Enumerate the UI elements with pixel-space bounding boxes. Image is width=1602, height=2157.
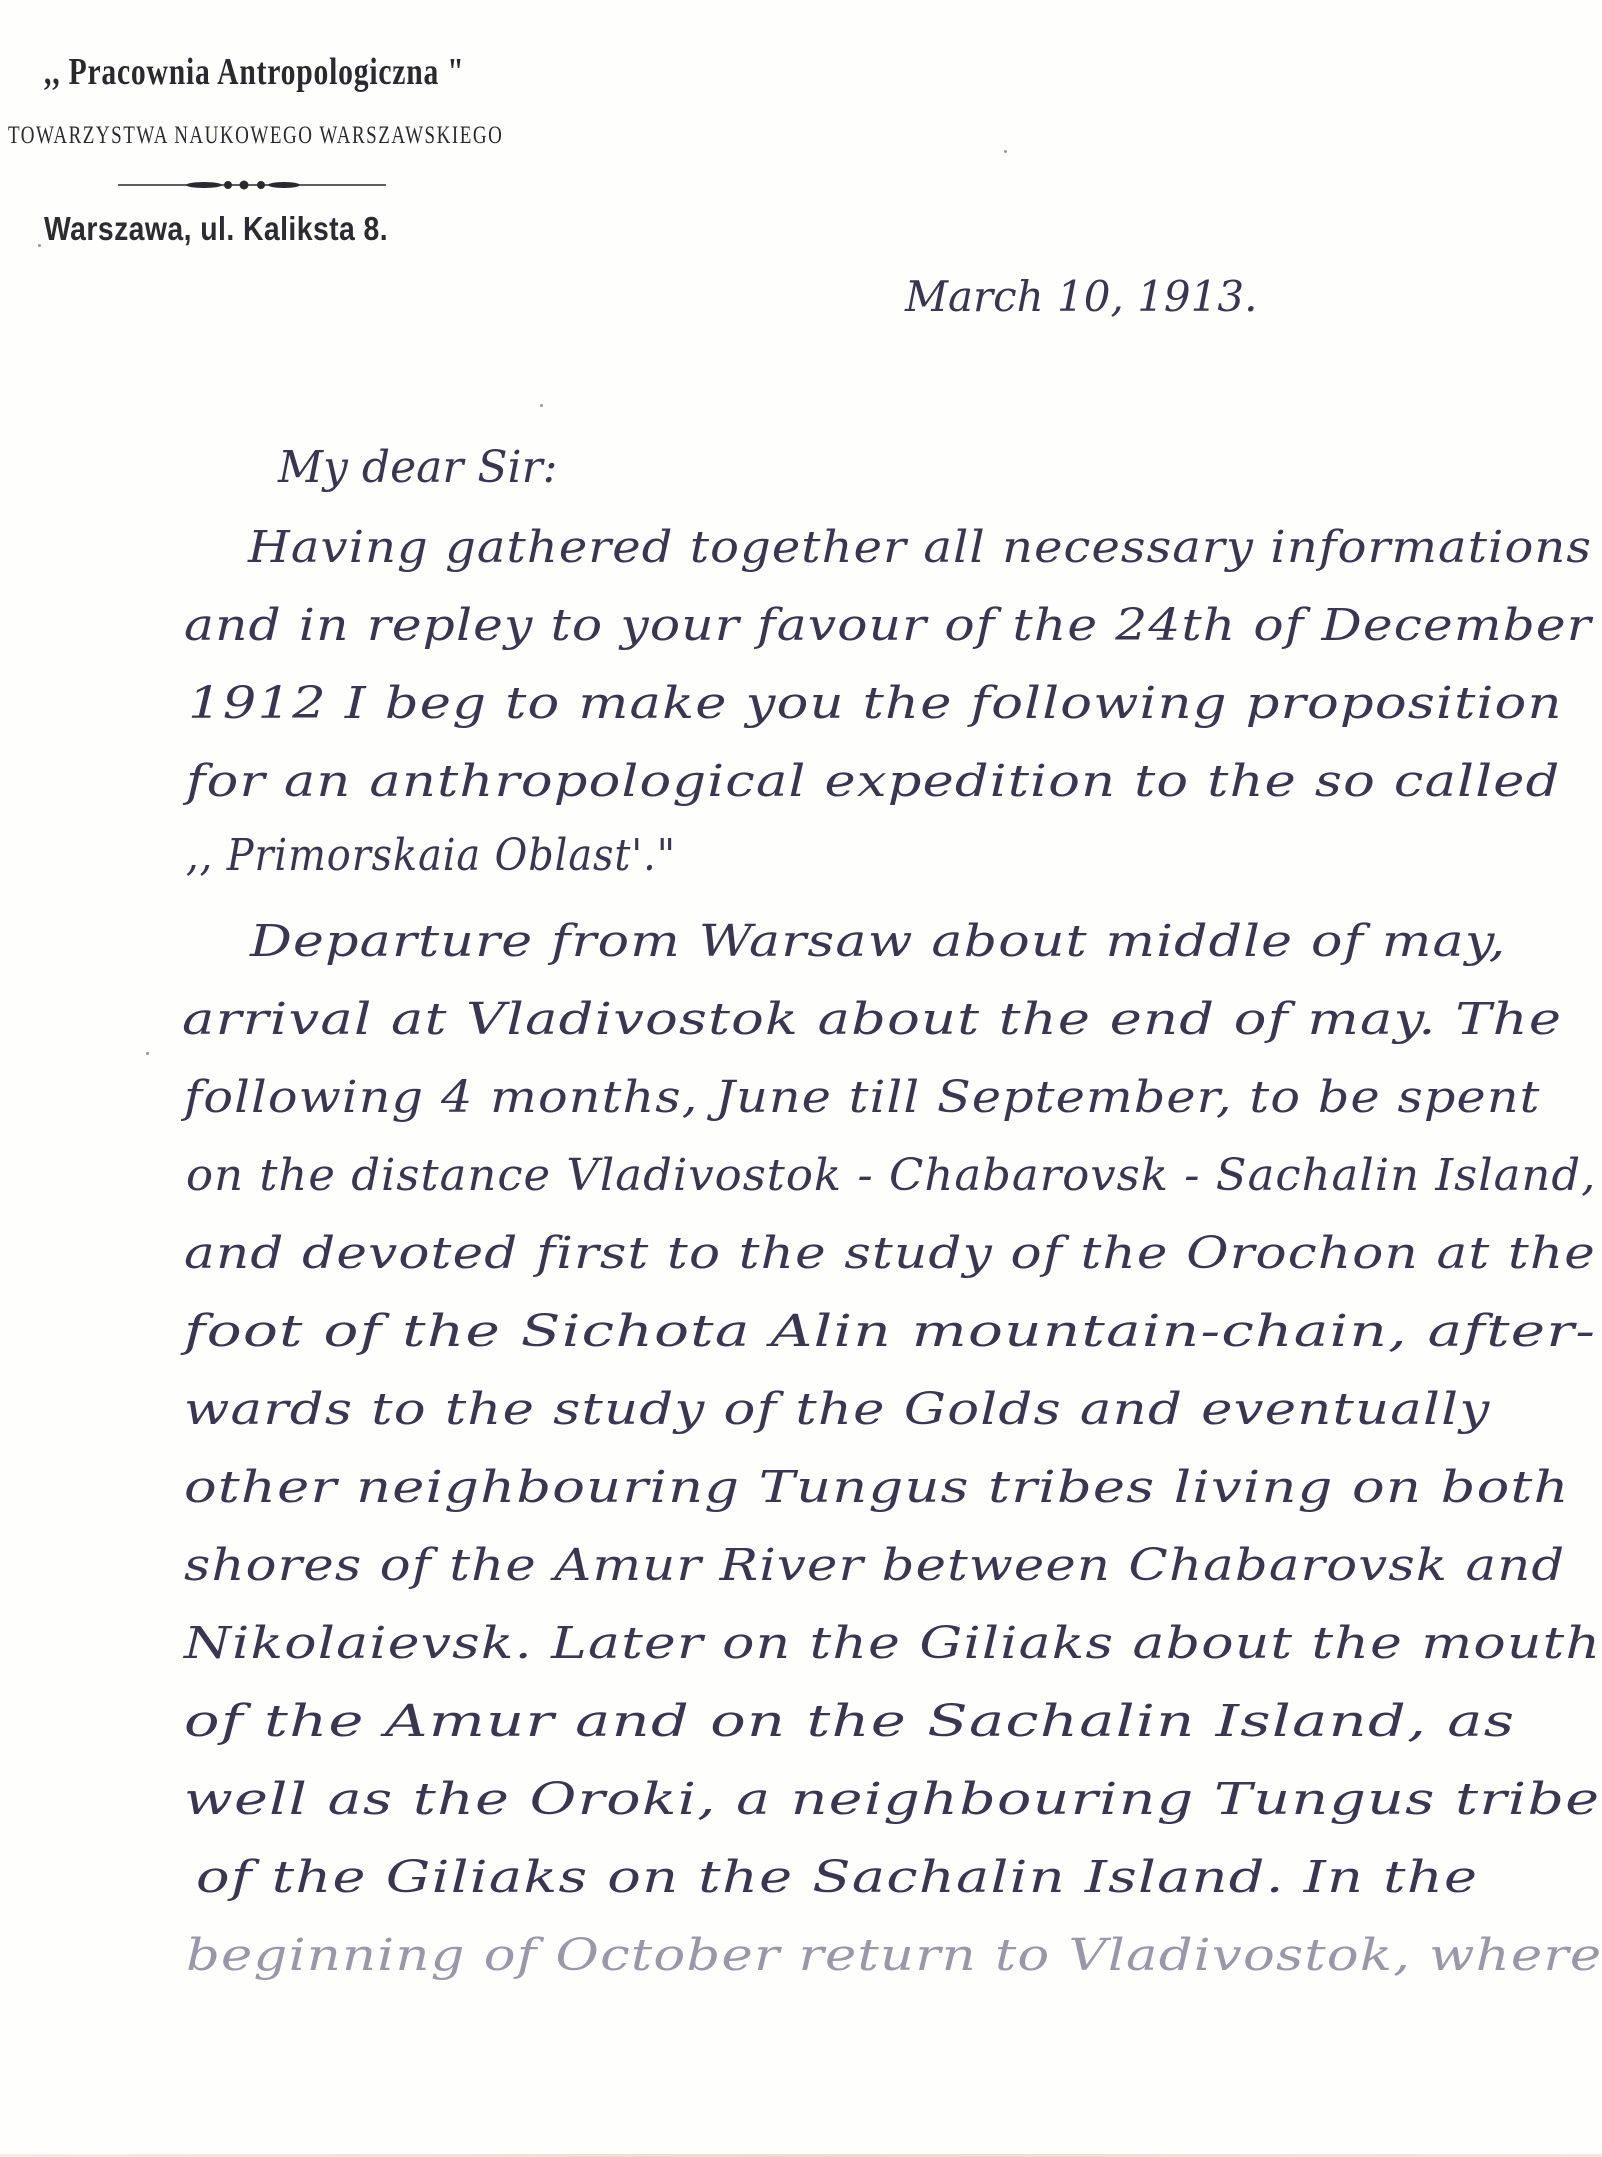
- ornamental-divider-icon: [118, 178, 386, 192]
- paper-speck: [38, 244, 41, 247]
- letter-line: arrival at Vladivostok about the end of …: [182, 994, 1562, 1045]
- letter-line: following 4 months, June till September,…: [184, 1072, 1541, 1123]
- letter-date: March 10, 1913.: [905, 272, 1257, 321]
- paper-speck: [146, 1052, 149, 1055]
- letter-line: wards to the study of the Golds and even…: [184, 1384, 1490, 1435]
- letter-line: other neighbouring Tungus tribes living …: [184, 1462, 1570, 1513]
- letter-line: for an anthropological expedition to the…: [186, 756, 1560, 807]
- letter-line: ,, Primorskaia Oblast'.": [186, 830, 676, 881]
- letterhead-society-name: TOWARZYSTWA NAUKOWEGO WARSZAWSKIEGO: [8, 122, 503, 150]
- letter-line: and devoted first to the study of the Or…: [184, 1228, 1596, 1279]
- letter-line: and in repley to your favour of the 24th…: [184, 600, 1592, 651]
- letter-line: of the Giliaks on the Sachalin Island. I…: [196, 1852, 1478, 1903]
- letter-line: 1912 I beg to make you the following pro…: [188, 678, 1563, 729]
- paper-speck: [1004, 150, 1007, 153]
- salutation: My dear Sir:: [278, 442, 557, 493]
- letter-line: Nikolaievsk. Later on the Giliaks about …: [184, 1618, 1601, 1669]
- letter-page: ,, Pracownia Antropologiczna " TOWARZYST…: [0, 0, 1602, 2157]
- letter-line: Departure from Warsaw about middle of ma…: [250, 916, 1506, 967]
- paper-speck: [540, 404, 543, 407]
- letter-line: well as the Oroki, a neighbouring Tungus…: [184, 1774, 1600, 1825]
- letter-line-faded: beginning of October return to Vladivost…: [186, 1930, 1602, 1981]
- letter-line: foot of the Sichota Alin mountain-chain,…: [184, 1306, 1596, 1357]
- letter-line: shores of the Amur River between Chabaro…: [184, 1540, 1565, 1591]
- letterhead-address: Warszawa, ul. Kaliksta 8.: [44, 210, 388, 248]
- letterhead-institution-name: ,, Pracownia Antropologiczna ": [44, 50, 465, 94]
- letter-line: on the distance Vladivostok - Chabarovsk…: [186, 1150, 1596, 1201]
- letter-line: Having gathered together all necessary i…: [248, 522, 1592, 573]
- letter-line: of the Amur and on the Sachalin Island, …: [184, 1696, 1515, 1747]
